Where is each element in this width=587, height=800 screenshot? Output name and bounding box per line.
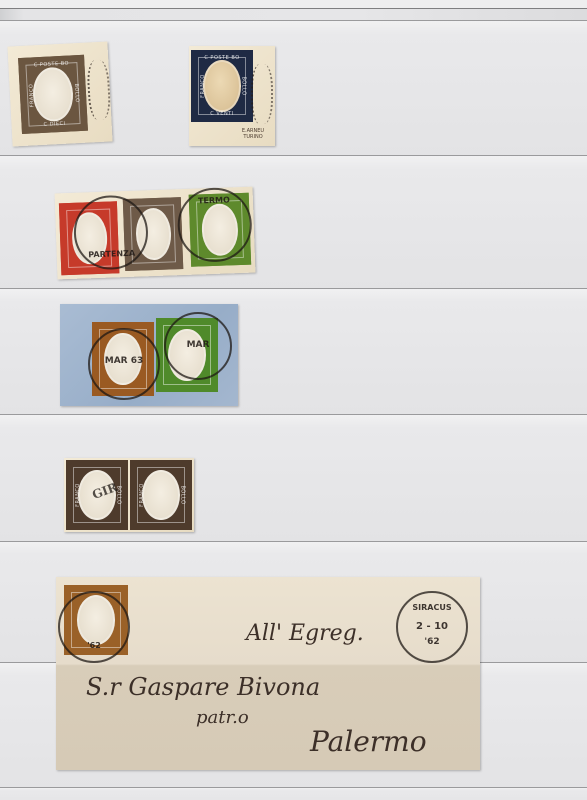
postmark-mar-63: MAR 63 bbox=[88, 328, 160, 400]
album-strip-7 bbox=[0, 787, 587, 800]
expert-signature: E.ARNEU TURINO bbox=[233, 128, 273, 140]
scroll-cancel bbox=[251, 64, 273, 124]
stamp-postmark: '62 bbox=[58, 591, 130, 663]
stamp-piece-strip-three: PARTENZA TERMO bbox=[55, 187, 256, 280]
address-line-3: patr.o bbox=[196, 707, 249, 728]
stockbook-page: C POSTE BO FRANCO BOLLO C DIECI C POSTE … bbox=[0, 0, 587, 800]
stamp-piece-10c-brown: C POSTE BO FRANCO BOLLO C DIECI bbox=[7, 41, 112, 146]
stamp-piece-20c-indigo: C POSTE BO FRANCO BOLLO C VENTI E.ARNEU … bbox=[189, 46, 275, 146]
address-line-2: S.r Gaspare Bivona bbox=[86, 673, 320, 701]
scroll-cancel bbox=[86, 59, 111, 120]
page-top-edge bbox=[0, 0, 587, 9]
stamp-20c-indigo: C POSTE BO FRANCO BOLLO C VENTI bbox=[191, 50, 253, 122]
postmark-siracusa: SIRACUS 2 - 10 '62 bbox=[396, 591, 468, 663]
stamp-pair-10c-brown: FRANCO BOLLO FRANCO BOLLO GIR bbox=[64, 458, 194, 532]
stamp-piece-blue-paper: MAR 63 MAR bbox=[60, 304, 238, 406]
address-line-1: All' Egreg. bbox=[246, 621, 364, 646]
postal-cover: '62 SIRACUS 2 - 10 '62 All' Egreg. S.r G… bbox=[56, 577, 480, 770]
stamp-10c-brown: C POSTE BO FRANCO BOLLO C DIECI bbox=[18, 55, 88, 134]
postmark-mar: MAR bbox=[164, 312, 232, 380]
address-line-4: Palermo bbox=[310, 725, 427, 758]
stamp-10c-brown-right: FRANCO BOLLO bbox=[130, 460, 192, 530]
